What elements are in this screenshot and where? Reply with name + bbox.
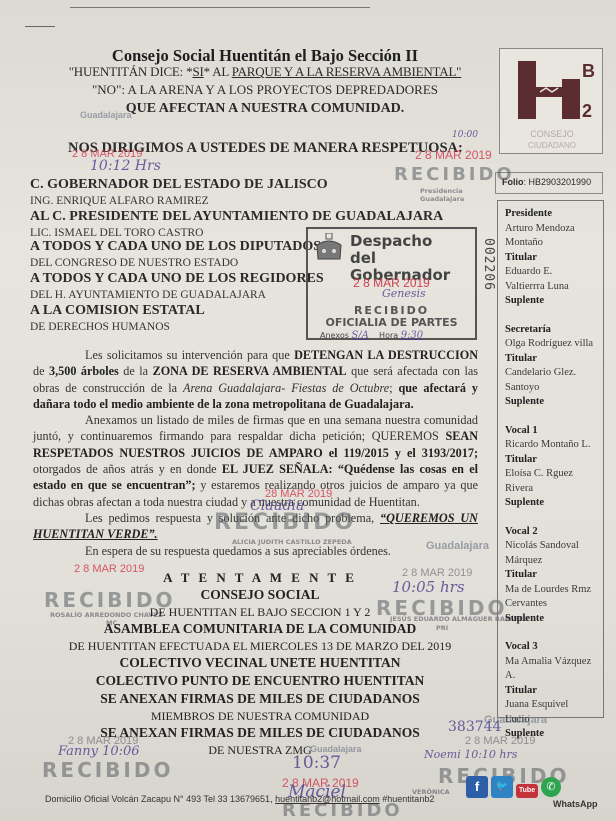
svg-text:2: 2 (582, 101, 592, 121)
top-dash (25, 26, 55, 27)
spacer (505, 511, 603, 525)
board-titular-name: A. (505, 669, 603, 684)
signoff-line: ASAMBLEA COMUNITARIA DE LA COMUNIDAD (40, 620, 480, 638)
slogan-underlined: PARQUE Y A LA RESERVA AMBIENTAL" (232, 64, 462, 79)
gdl-stamp-top-left: Guadalajara (80, 110, 132, 120)
addressee-title: A TODOS Y CADA UNO DE LOS REGIDORES (30, 270, 324, 288)
footer-contact: Domicilio Oficial Volcán Zacapu N° 493 T… (45, 794, 434, 804)
addressee-name: DE DERECHOS HUMANOS (30, 320, 205, 335)
board-titular-label: Titular (505, 352, 603, 367)
signoff-line: COLECTIVO VECINAL UNETE HUENTITAN (40, 654, 480, 672)
slogan-prefix: "HUENTITÁN DICE: * (69, 64, 193, 79)
board-members-list: PresidenteArturo MendozaMontañoTitularEd… (497, 200, 604, 718)
stamp-date-presidencia: 2 8 MAR 2019 (415, 148, 492, 162)
stamp-received-bottom-left: RECIBIDO (42, 758, 173, 782)
stamp-serial-number: 002206 (481, 238, 496, 291)
addressee-name: ING. ENRIQUE ALFARO RAMIREZ (30, 194, 328, 209)
board-suplente-name: Eloísa C. Rguez (505, 467, 603, 482)
handwritten-time-top-left: 10:12 Hrs (90, 158, 161, 174)
header-slogan: "HUENTITÁN DICE: *SI* AL PARQUE Y A LA R… (40, 64, 490, 80)
social-icons: f 🐦 Tube ✆ (466, 776, 561, 798)
twitter-icon[interactable]: 🐦 (491, 776, 513, 798)
stamp-received-middle: RECIBIDO (214, 510, 356, 535)
board-suplente-label: Suplente (505, 727, 603, 742)
addressee-title: A LA COMISION ESTATAL (30, 302, 205, 320)
board-suplente-label: Suplente (505, 612, 603, 627)
whatsapp-icon[interactable]: ✆ (541, 777, 561, 797)
board-role-group: PresidenteArturo MendozaMontañoTitularEd… (505, 207, 603, 309)
folio-value: HB2903201990 (529, 177, 592, 187)
handwritten-time-presidencia: 10:00 (452, 130, 478, 140)
signoff-line: DE HUENTITAN EFECTUADA EL MIERCOLES 13 D… (40, 638, 480, 654)
addressee-cedh: A LA COMISION ESTATAL DE DERECHOS HUMANO… (30, 302, 205, 335)
svg-text:B: B (582, 61, 595, 81)
h-b2-logo-icon: B 2 CONSEJO CIUDADANO (500, 49, 604, 155)
board-titular-label: Titular (505, 684, 603, 699)
board-suplente-label: Suplente (505, 395, 603, 410)
board-suplente-label: Suplente (505, 294, 603, 309)
governor-office-stamp: Despachodel Gobernador 2 8 MAR 2019 Gene… (306, 227, 477, 340)
signoff-line: MIEMBROS DE NUESTRA COMUNIDAD (40, 708, 480, 724)
consejo-logo: B 2 CONSEJO CIUDADANO (499, 48, 603, 154)
svg-text:CIUDADANO: CIUDADANO (528, 141, 576, 150)
board-titular-name: Olga Rodríguez villa (505, 337, 603, 352)
board-suplente-name: Candelario Glez. (505, 366, 603, 381)
signoff-line: DE HUENTITAN EL BAJO SECCION 1 Y 2 (40, 604, 480, 620)
board-suplente-name: Rivera (505, 482, 603, 497)
header-title: Consejo Social Huentitán el Bajo Sección… (40, 46, 490, 66)
board-suplente-name: Valtierrra Luna (505, 280, 603, 295)
board-suplente-name: Lucio (505, 713, 603, 728)
stamp-name-middle: ALICIA JUDITH CASTILLO ZEPEDA (232, 538, 352, 546)
board-role: Secretaría (505, 323, 603, 338)
svg-text:CONSEJO: CONSEJO (530, 129, 574, 139)
spacer (505, 309, 603, 323)
stamp-office: OFICIALIA DE PARTES (308, 316, 475, 329)
board-role: Vocal 3 (505, 640, 603, 655)
facebook-icon[interactable]: f (466, 776, 488, 798)
board-suplente-label: Suplente (505, 496, 603, 511)
board-role-group: SecretaríaOlga Rodríguez villaTitularCan… (505, 323, 603, 410)
board-role-group: Vocal 2Nicolás SandovalMárquezTitularMa … (505, 525, 603, 627)
board-titular-label: Titular (505, 568, 603, 583)
board-role-group: Vocal 1Ricardo Montaño L.TitularEloísa C… (505, 424, 603, 511)
board-role: Vocal 1 (505, 424, 603, 439)
stamp-signature: Genesis (382, 287, 426, 300)
stamp-received-presidencia: RECIBIDO (394, 164, 515, 185)
stamp-presidencia-sub2: Guadalajara (420, 195, 464, 203)
letter-page: Consejo Social Huentitán el Bajo Sección… (0, 0, 616, 821)
addressee-diputados: A TODOS Y CADA UNO DE LOS DIPUTADOS DEL … (30, 238, 321, 271)
slogan-si: SI (192, 64, 203, 79)
board-role: Presidente (505, 207, 603, 222)
board-role-group: Vocal 3Ma Amalia VázquezA.TitularJuana E… (505, 640, 603, 742)
board-suplente-name: Ma de Lourdes Rmz (505, 583, 603, 598)
addressee-governor: C. GOBERNADOR DEL ESTADO DE JALISCO ING.… (30, 176, 328, 209)
board-role: Vocal 2 (505, 525, 603, 540)
gdl-stamp-middle: Guadalajara (426, 540, 489, 552)
signoff-block: A T E N T A M E N T ECONSEJO SOCIALDE HU… (40, 570, 480, 758)
signoff-line: SE ANEXAN FIRMAS DE MILES DE CIUDADANOS (40, 690, 480, 708)
spacer (505, 626, 603, 640)
crest-icon (314, 233, 344, 261)
footer-address: Domicilio Oficial Volcán Zacapu N° 493 T… (45, 794, 275, 804)
top-edge-fragment (70, 0, 370, 8)
board-titular-name: Arturo Mendoza (505, 222, 603, 237)
handwritten-time-bottom-center: 10:37 (292, 753, 341, 773)
footer-email-link[interactable]: huentitanb2@hotmail.com (275, 794, 380, 804)
addressee-regidores: A TODOS Y CADA UNO DE LOS REGIDORES DEL … (30, 270, 324, 303)
slogan-mid: * AL (204, 64, 232, 79)
board-suplente-name: Cervantes (505, 597, 603, 612)
addressee-name: DEL H. AYUNTAMIENTO DE GUADALAJARA (30, 288, 324, 303)
stamp-anexos: Anexos S/A Hora 9:30 (320, 330, 423, 341)
board-suplente-name: Eduardo E. (505, 265, 603, 280)
signoff-line: A T E N T A M E N T E (40, 570, 480, 586)
addressee-title: C. GOBERNADOR DEL ESTADO DE JALISCO (30, 176, 328, 194)
board-titular-label: Titular (505, 453, 603, 468)
addressee-title: A TODOS Y CADA UNO DE LOS DIPUTADOS (30, 238, 321, 256)
whatsapp-label: WhatsApp (553, 799, 598, 809)
board-suplente-name: Juana Esquivel (505, 698, 603, 713)
board-titular-name: Ricardo Montaño L. (505, 438, 603, 453)
board-titular-name: Ma Amalia Vázquez (505, 655, 603, 670)
signoff-line: COLECTIVO PUNTO DE ENCUENTRO HUENTITAN (40, 672, 480, 690)
header-no-line: "NO": A LA ARENA Y A LOS PROYECTOS DEPRE… (40, 82, 490, 98)
board-titular-name: Márquez (505, 554, 603, 569)
addressee-name: DEL CONGRESO DE NUESTRO ESTADO (30, 256, 321, 271)
footer-hashtag: #huentitanb2 (380, 794, 435, 804)
spacer (505, 410, 603, 424)
youtube-icon[interactable]: Tube (516, 784, 538, 798)
board-titular-name: Nicolás Sandoval (505, 539, 603, 554)
board-suplente-name: Santoyo (505, 381, 603, 396)
stamp-presidencia-sub1: Presidencia (420, 187, 463, 195)
signoff-line: CONSEJO SOCIAL (40, 586, 480, 604)
handwritten-bottom-right: Noemi 10:10 hrs (424, 748, 517, 761)
addressee-title: AL C. PRESIDENTE DEL AYUNTAMIENTO DE GUA… (30, 208, 443, 226)
board-titular-name: Montaño (505, 236, 603, 251)
board-titular-label: Titular (505, 251, 603, 266)
handwritten-bottom-left: Fanny 10:06 (58, 744, 140, 759)
